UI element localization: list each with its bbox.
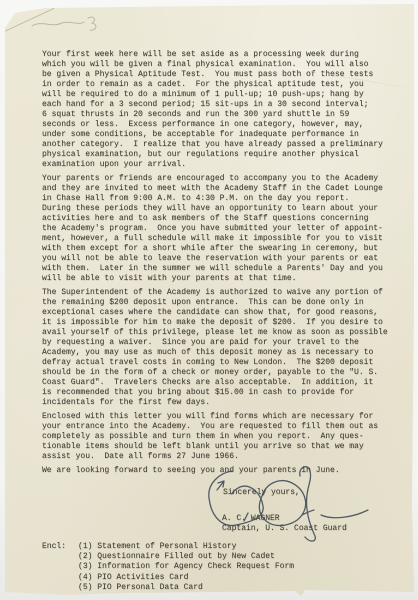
signed-title: Captain, U. S. Coast Guard	[222, 524, 394, 534]
letter-paragraph: Your parents or friends are encouraged t…	[42, 174, 394, 284]
enclosures-list: (1) Statement of Personal History (2) Qu…	[78, 542, 294, 593]
letter-paragraph: The Superintendent of the Academy is aut…	[42, 288, 394, 408]
enclosure-item: (4) PIO Activities Card	[78, 573, 294, 583]
pencil-mark	[28, 10, 100, 40]
enclosures-label: Encl:	[42, 542, 66, 593]
enclosures: Encl: (1) Statement of Personal History …	[42, 542, 394, 593]
letter-paper: Your first week here will be set aside a…	[5, 4, 414, 596]
enclosure-item: (5) PIO Personal Data Card	[78, 583, 294, 593]
letter-paragraph: Your first week here will be set aside a…	[42, 50, 394, 170]
letter-paragraph: Enclosed with this letter you will find …	[42, 412, 394, 462]
enclosure-item: (3) Information for Agency Check Request…	[78, 562, 294, 572]
letter-body: Your first week here will be set aside a…	[42, 50, 394, 593]
signature-block: A. C. WAGNER Captain, U. S. Coast Guard	[222, 514, 394, 534]
enclosure-item: (1) Statement of Personal History	[78, 542, 294, 552]
scanned-letter: Your first week here will be set aside a…	[0, 0, 418, 600]
signed-name: A. C. WAGNER	[222, 514, 394, 524]
closing-salutation: Sincerely yours,	[223, 488, 394, 498]
letter-paragraph: We are looking forward to seeing you and…	[42, 466, 394, 476]
enclosure-item: (2) Questionnaire Filled out by New Cade…	[78, 552, 294, 562]
